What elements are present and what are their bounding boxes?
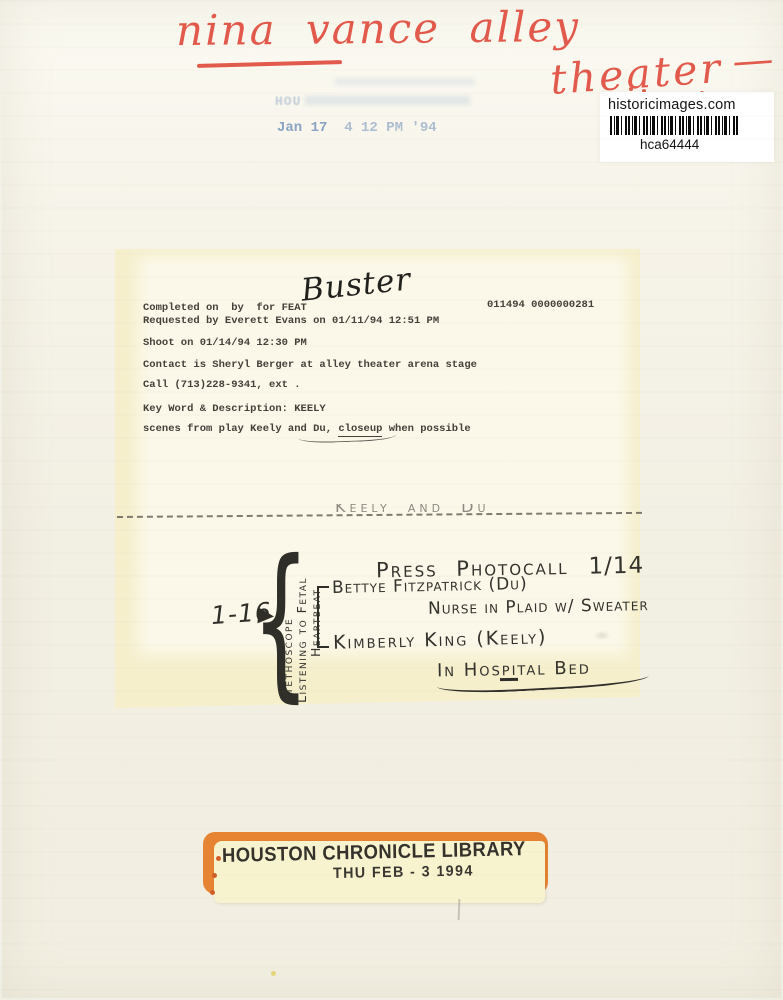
stamp-date-text: Jan 17 4 12 PM '94 <box>277 120 437 136</box>
vendor-barcode-label: historicimages.com hca64444 <box>600 92 774 162</box>
ink-smudge <box>594 631 610 640</box>
library-stamp-date: THU FEB - 3 1994 <box>333 862 474 882</box>
side-note-line1: Stethoscope <box>281 553 295 703</box>
library-sticker: HOUSTON CHRONICLE LIBRARY THU FEB - 3 19… <box>203 832 548 894</box>
handwritten-title-line1: nina vance alley <box>176 2 580 55</box>
slip-line-completed: Completed on by for FEAT <box>143 302 307 314</box>
slip-line-contact: Contact is Sheryl Berger at alley theate… <box>143 359 477 371</box>
stamp-date-day: Jan 17 <box>277 120 344 136</box>
barcode <box>610 116 738 135</box>
slip-line-shoot: Shoot on 01/14/94 12:30 PM <box>143 337 307 349</box>
stamp-faded-text: HOU <box>275 94 301 109</box>
punch-dot <box>212 873 217 878</box>
red-underline-stroke <box>197 60 342 68</box>
title-rest: vance alley <box>276 2 580 54</box>
handwritten-dash: — <box>731 34 778 85</box>
red-ink-speck <box>629 87 633 91</box>
barcode-number: hca64444 <box>640 137 699 152</box>
punch-dot <box>210 890 215 895</box>
side-note-line2: Listening to Fetal <box>295 553 309 703</box>
cast-name-1: Bettye Fitzpatrick (Du) <box>332 574 528 598</box>
slip-line-requested: Requested by Everett Evans on 01/11/94 1… <box>143 315 439 327</box>
vendor-site-text: historicimages.com <box>608 97 736 113</box>
photocall-date: 1/14 <box>588 553 644 580</box>
punch-dot <box>216 856 221 861</box>
stamp-smudge <box>305 96 470 105</box>
underlined-word: nina <box>176 5 277 55</box>
photo-back-scan: nina vance alley theater— HOU Jan 17 4 1… <box>0 0 783 1000</box>
yellow-spot <box>271 971 276 976</box>
stamp-smudge <box>335 78 475 85</box>
pencil-mark <box>458 899 461 920</box>
cast-bracket <box>317 586 329 648</box>
stamp-date-time: 4 12 PM '94 <box>344 120 436 136</box>
job-number: 011494 0000000281 <box>487 299 594 311</box>
cast-desc-1: Nurse in Plaid w/ Sweater <box>428 595 649 619</box>
slip-line-keyword: Key Word & Description: KEELY <box>143 403 326 415</box>
slip-line-call: Call (713)228-9341, ext . <box>143 379 301 391</box>
